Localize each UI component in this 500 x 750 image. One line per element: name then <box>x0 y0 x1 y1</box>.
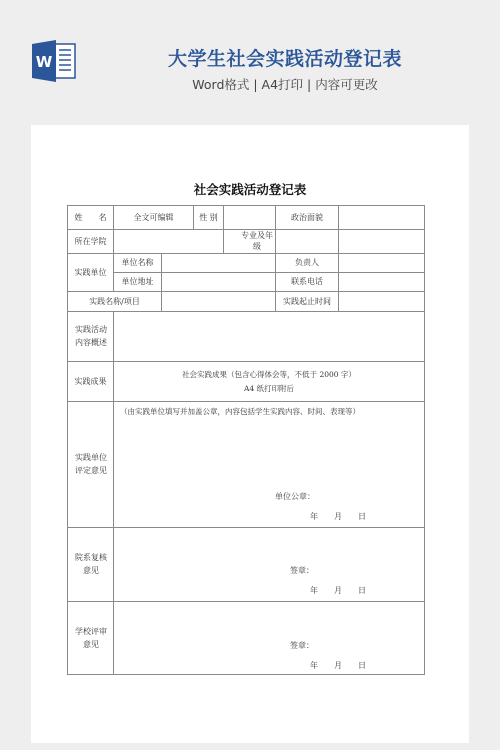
results-label: 实践成果 <box>68 362 113 401</box>
name-field[interactable]: 全文可编辑 <box>114 206 193 229</box>
page-subtitle: Word格式 | A4打印 | 内容可更改 <box>150 75 420 93</box>
page-header: W 大学生社会实践活动登记表 Word格式 | A4打印 | 内容可更改 <box>0 0 500 125</box>
registration-form-table: 姓 名 全文可编辑 性 别 政治面貌 所在学院 专业及年级 实践单位 单位名称 … <box>67 205 425 675</box>
results-note-line1: 社会实践成果（包含心得体会等，不低于 2000 字） <box>114 369 424 380</box>
project-name-label: 实践名称/项目 <box>68 292 161 311</box>
period-label: 实践起止时间 <box>276 292 338 311</box>
unit-name-field[interactable] <box>162 254 275 272</box>
gender-field[interactable] <box>224 206 275 229</box>
unit-opinion-date: 年 月 日 <box>310 511 366 522</box>
major-grade-field[interactable] <box>276 230 424 253</box>
unit-opinion-label: 实践单位评定意见 <box>72 402 110 527</box>
person-in-charge-field[interactable] <box>339 254 424 272</box>
unit-opinion-note: （由实践单位填写并加盖公章，内容包括学生实践内容、时间、表现等） <box>120 406 360 417</box>
document-page: 社会实践活动登记表 姓 名 全文可编辑 性 别 政治面貌 所在学院 专业及年级 <box>31 125 469 743</box>
dept-review-label: 院系复核意见 <box>74 528 108 601</box>
document-title: 社会实践活动登记表 <box>31 180 469 198</box>
college-field[interactable] <box>114 230 223 253</box>
name-label: 姓 名 <box>68 206 113 229</box>
activity-summary-label: 实践活动内容概述 <box>72 312 110 361</box>
page-title: 大学生社会实践活动登记表 <box>150 44 420 71</box>
dept-sign-label: 签章： <box>290 565 314 576</box>
period-field[interactable] <box>339 292 424 311</box>
school-review-label: 学校评审意见 <box>74 602 108 675</box>
major-grade-label: 专业及年级 <box>240 230 274 253</box>
school-sign-label: 签章： <box>290 640 314 651</box>
unit-address-field[interactable] <box>162 273 275 291</box>
school-review-date: 年 月 日 <box>310 660 366 671</box>
political-status-label: 政治面貌 <box>276 206 338 229</box>
unit-address-label: 单位地址 <box>114 273 161 291</box>
phone-label: 联系电话 <box>276 273 338 291</box>
gender-label: 性 别 <box>194 206 223 229</box>
results-note-line2: A4 纸打印附后 <box>114 383 424 394</box>
dept-review-date: 年 月 日 <box>310 585 366 596</box>
unit-name-label: 单位名称 <box>114 254 161 272</box>
practice-unit-label: 实践单位 <box>68 254 113 291</box>
college-label: 所在学院 <box>68 230 113 253</box>
activity-summary-field[interactable] <box>114 312 424 361</box>
unit-seal-label: 单位公章： <box>275 491 315 502</box>
svg-text:W: W <box>36 53 53 71</box>
phone-field[interactable] <box>339 273 424 291</box>
word-icon: W <box>32 40 76 82</box>
project-name-field[interactable] <box>162 292 275 311</box>
political-status-field[interactable] <box>339 206 424 229</box>
person-in-charge-label: 负责人 <box>276 254 338 272</box>
